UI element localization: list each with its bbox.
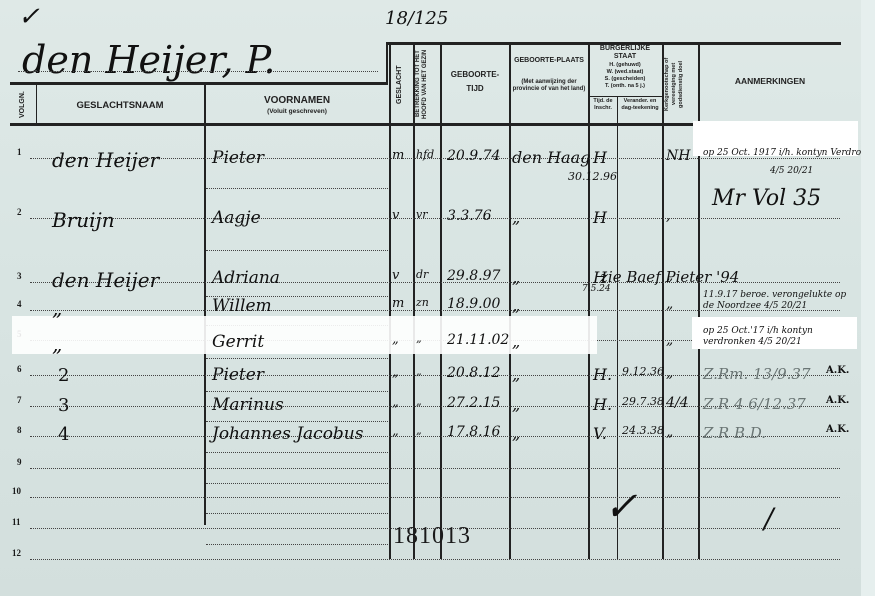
row-1-birth: 20.9.74 [447,148,500,164]
civil-state-subrule [588,96,662,97]
row-7-remarks2: A.K. [826,395,849,406]
row-7-birth: 27.2.15 [447,395,500,411]
row-rule [30,497,840,498]
header-step-rule [386,44,388,84]
row-5-rel: „ [416,332,422,345]
row-7-surname: 3 [58,395,69,416]
row-rule [30,559,840,560]
pen-check-mark: ✓ [604,484,638,530]
row-2-civil: H [593,208,607,227]
row-7-civil: H. [593,395,612,414]
header-voornamen: VOORNAMEN [206,95,388,106]
row-2-place: „ [512,208,520,227]
row-1-sex: m [392,148,404,163]
voornamen-subrule [206,483,388,484]
header-tijd-inschr: Tijd. de Inschr. [589,98,617,112]
row-8-church: „ [666,424,673,440]
row-8-surname: 4 [58,424,69,445]
voornamen-subrule [206,513,388,514]
row-3-place: „ [512,268,520,287]
row-1-place: den Haag [512,148,590,167]
row-7-church: 4/4 [666,395,689,411]
row-6-remarks2: A.K. [826,365,849,376]
row-rule [30,468,840,469]
option-ontheven: T. (onth. na 5 j.) [589,83,661,90]
option-weduwe: W. (wed.staat) [589,69,661,76]
row-6-birth: 20.8.12 [447,365,500,381]
col-rule [588,44,590,559]
row-5-church: „ [666,332,673,348]
col-rule [204,85,206,525]
row-2-sex: v [392,208,399,223]
row-8-birth: 17.8.16 [447,424,500,440]
row-2-remarks: Mr Vol 35 [712,186,821,211]
option-gehuwd: H. (gehuwd) [589,62,661,69]
row-2-church: , [666,208,670,224]
header-betrekking: BETREKKING TOT HET HOOFD VAN HET GEZIN [415,46,437,122]
header-voornamen-sub: (Voluit geschreven) [206,108,388,115]
archive-number-stamp: 181013 [393,523,471,550]
row-4-sex: m [392,296,404,311]
row-number: 1 [17,147,22,157]
voornamen-subrule [206,358,388,359]
row-1-remarks: op 25 Oct. 1917 i/h. kontyn Verdronken [703,148,875,158]
row-4-rel: zn [416,296,429,309]
row-3-remarks2: 7.5.24 [582,284,611,294]
row-4-remarks: 11.9.17 beroe. verongelukte op de Noordz… [703,290,853,312]
voornamen-subrule [206,188,388,189]
row-number: 12 [12,548,21,558]
row-number: 7 [17,395,22,405]
row-8-place: „ [512,424,520,443]
row-8-civil: V. [593,424,607,443]
row-3-first: Adriana [212,268,280,288]
col-rule [36,85,37,125]
voornamen-subrule [206,544,388,545]
row-8-first: Johannes Jacobus [212,424,363,444]
row-8-sex: „ [392,424,399,439]
row-3-rel: dr [416,268,428,281]
row-1-remarks2: 4/5 20/21 [770,166,813,176]
header-geslacht: GESLACHT [396,50,404,120]
check-mark: ✓ [18,2,40,32]
row-number: 10 [12,486,21,496]
row-6-remarks: Z.Rm. 13/9.37 [703,365,811,383]
row-7-sex: „ [392,395,399,410]
row-number: 8 [17,425,22,435]
voornamen-subrule [206,391,388,392]
row-8-change: 24.3.38 [622,424,664,437]
row-4-first: Willem [212,296,272,316]
row-1-church: NH [666,148,690,164]
row-number: 11 [12,517,21,527]
row-6-sex: „ [392,365,399,380]
row-7-remarks: Z.R 4 6/12.37 [703,395,806,413]
row-4-birth: 18.9.00 [447,296,500,312]
row-7-first: Marinus [212,395,284,415]
row-6-first: Pieter [212,365,264,385]
col-rule [509,44,511,559]
row-number: 9 [17,457,22,467]
row-3-sex: v [392,268,399,283]
row-5-place: „ [512,332,520,351]
voornamen-subrule [206,421,388,422]
row-number: 2 [17,207,22,217]
row-4-place: „ [512,296,520,315]
pen-stroke-mark: / [764,502,773,535]
row-3-surname: den Heijer [52,268,159,292]
row-6-surname: 2 [58,365,69,386]
option-gescheiden: S. (gescheiden) [589,76,661,83]
row-8-remarks2: A.K. [826,424,849,435]
header-burgerlijke-staat-options: H. (gehuwd) W. (wed.staat) S. (gescheide… [589,62,661,90]
row-7-change: 29.7.38 [622,395,664,408]
row-number: 4 [17,299,22,309]
row-6-church: „ [666,365,673,381]
row-3-church: „ [666,268,673,284]
row-1-civil: H [593,148,607,167]
col-rule [440,44,442,559]
row-rule [30,218,840,219]
row-6-rel: „ [416,365,422,378]
row-1-surname: den Heijer [52,148,159,172]
row-1-first: Pieter [212,148,264,168]
row-5-remarks: op 25 Oct.'17 i/h kontyn verdronken 4/5 … [703,326,853,348]
header-geboorteplaats-sub: (Met aanwijzing der provincie of van het… [511,79,587,93]
header-geboortetijd: GEBOORTE-TIJD [443,68,507,96]
row-2-rel: vr [416,208,427,221]
row-5-surname: „ [52,332,62,356]
header-verandering: Verander. en dag-teekening [618,98,662,112]
row-6-change: 9.12.36 [622,365,664,378]
row-4-surname: „ [52,296,62,320]
header-geboorteplaats: GEBOORTE-PLAATS [512,57,586,65]
row-2-change: 30.12.96 [568,170,617,183]
row-6-civil: H. [593,365,612,384]
header-kerkgenootschap: Kerkgenootschap of vereeniging met godsd… [664,46,696,122]
row-8-remarks: Z.R B.D. [703,424,766,442]
row-5-first: Gerrit [212,332,264,352]
row-2-birth: 3.3.76 [447,208,492,224]
row-3-birth: 29.8.97 [447,268,500,284]
voornamen-subrule [206,452,388,453]
row-number: 3 [17,271,22,281]
row-7-rel: „ [416,395,422,408]
name-underline [18,71,378,72]
row-4-church: „ [666,296,673,312]
row-6-place: „ [512,365,520,384]
voornamen-subrule [206,250,388,251]
file-reference: 18/125 [385,8,448,29]
row-7-place: „ [512,395,520,414]
row-2-first: Aagje [212,208,261,228]
header-geslachtsnaam: GESLACHTSNAAM [40,100,200,111]
registration-card: ✓ 18/125 den Heijer, P. VOLGN. GESLACHTS… [0,0,875,596]
head-of-family-name: den Heijer, P. [22,38,276,82]
row-5-sex: „ [392,332,399,347]
row-5-birth: 21.11.02 [447,332,509,348]
header-volgnr: VOLGN. [19,88,27,122]
row-1-rel: hfd [416,148,434,161]
row-2-surname: Bruijn [52,208,115,232]
col-rule [389,44,391,559]
row-8-rel: „ [416,424,422,437]
header-top-rule-left [10,82,388,85]
row-number: 6 [17,364,22,374]
header-aanmerkingen: AANMERKINGEN [700,76,840,86]
header-burgerlijke-staat: BURGERLIJKE STAAT [589,45,661,61]
